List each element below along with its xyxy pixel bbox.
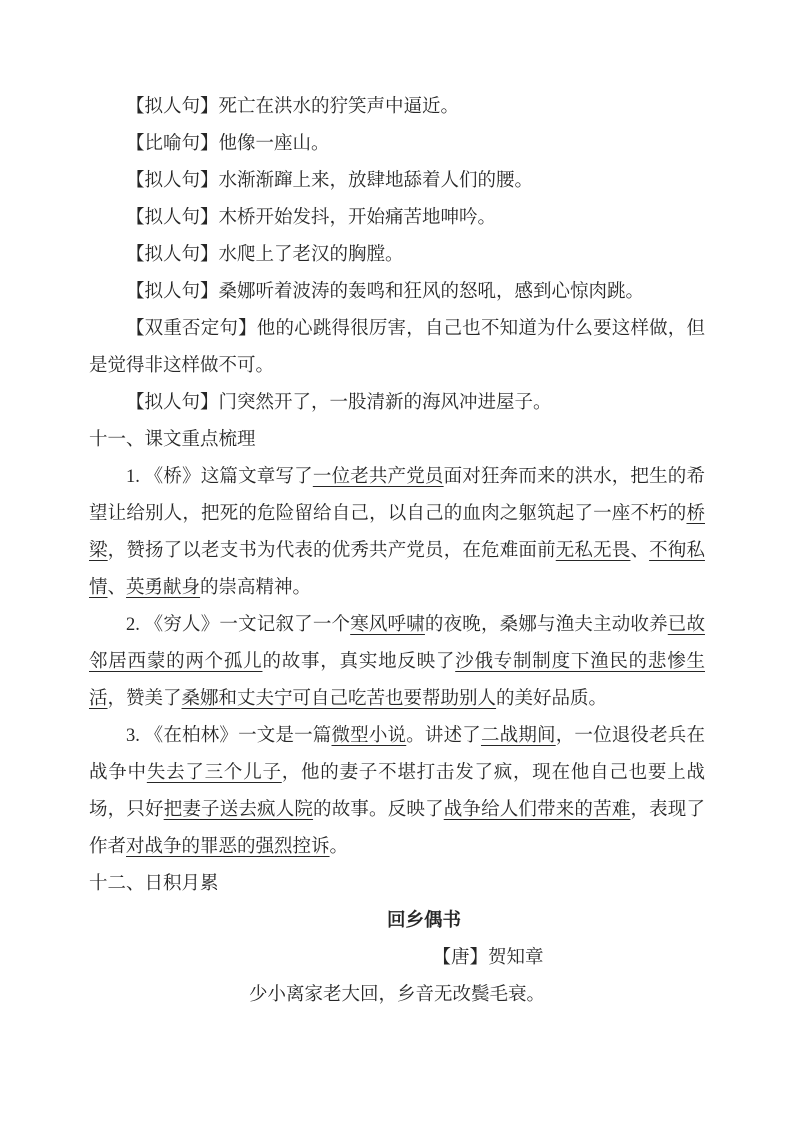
document-page: 【拟人句】死亡在洪水的狞笑声中逼近。 【比喻句】他像一座山。 【拟人句】水渐渐蹿… [0,0,793,1122]
poem-title: 回乡偶书 [116,903,732,940]
poem-author: 【唐】贺知章 [180,940,793,977]
example-sentence: 【拟人句】桑娜听着波涛的轰鸣和狂风的怒吼，感到心惊肉跳。 [89,274,705,311]
underlined-phrase: 战争给人们带来的苦难 [444,800,631,820]
example-sentence: 【拟人句】水爬上了老汉的胸膛。 [89,237,705,274]
text-run: 的崇高精神。 [200,578,311,598]
sentence-examples-section: 【拟人句】死亡在洪水的狞笑声中逼近。 【比喻句】他像一座山。 【拟人句】水渐渐蹿… [89,89,705,422]
text-run: 2. 《穷人》一文记叙了一个 [126,615,350,635]
section-12-accumulation: 十二、日积月累 回乡偶书 【唐】贺知章 少小离家老大回，乡音无改鬓毛衰。 [89,866,705,1014]
text-run: 1. 《桥》这篇文章写了 [126,467,313,487]
text-run: 、 [108,578,127,598]
underlined-phrase: 无私无畏 [556,541,631,561]
example-sentence: 【拟人句】水渐渐蹿上来，放肆地舔着人们的腰。 [89,163,705,200]
text-run: 的故事，真实地反映了 [262,652,455,672]
example-sentence: 【拟人句】木桥开始发抖，开始痛苦地呻吟。 [89,200,705,237]
text-run: 的夜晚，桑娜与渔夫主动收养 [425,615,668,635]
section-12-heading: 十二、日积月累 [89,866,705,903]
example-sentence: 【比喻句】他像一座山。 [89,126,705,163]
summary-paragraph-qiongren: 2. 《穷人》一文记叙了一个寒风呼啸的夜晚，桑娜与渔夫主动收养已故邻居西蒙的两个… [89,607,705,718]
example-sentence: 【双重否定句】他的心跳得很厉害，自己也不知道为什么要这样做，但是觉得非这样做不可… [89,311,705,385]
underlined-phrase: 桑娜和丈夫宁可自己吃苦也要帮助别人 [182,689,497,709]
section-11-heading: 十一、课文重点梳理 [89,422,705,459]
example-sentence: 【拟人句】死亡在洪水的狞笑声中逼近。 [89,89,705,126]
text-run: 的美好品质。 [496,689,607,709]
text-run: 3. 《在柏林》一文是一篇 [126,726,332,746]
text-run: 。讲述了 [406,726,481,746]
text-run: ，赞美了 [108,689,182,709]
underlined-phrase: 对战争的罪恶的强烈控诉 [126,837,330,857]
underlined-phrase: 一位老共产党员 [313,467,444,487]
underlined-phrase: 微型小说 [332,726,407,746]
poem: 回乡偶书 【唐】贺知章 少小离家老大回，乡音无改鬓毛衰。 [89,903,705,1014]
text-run: 。 [330,837,349,857]
summary-paragraph-qiao: 1. 《桥》这篇文章写了一位老共产党员面对狂奔而来的洪水，把生的希望让给别人，把… [89,459,705,607]
example-sentence: 【拟人句】门突然开了，一股清新的海风冲进屋子。 [89,385,705,422]
summary-paragraph-zaibolin: 3. 《在柏林》一文是一篇微型小说。讲述了二战期间，一位退役老兵在战争中失去了三… [89,718,705,866]
underlined-phrase: 把妻子送去疯人院 [164,800,313,820]
underlined-phrase: 英勇献身 [126,578,200,598]
text-run: 的故事。反映了 [313,800,444,820]
section-11-key-points: 十一、课文重点梳理 1. 《桥》这篇文章写了一位老共产党员面对狂奔而来的洪水，把… [89,422,705,866]
text-run: 、 [630,541,649,561]
poem-line: 少小离家老大回，乡音无改鬓毛衰。 [89,977,705,1014]
underlined-phrase: 失去了三个儿子 [147,763,282,783]
underlined-phrase: 二战期间 [481,726,556,746]
underlined-phrase: 寒风呼啸 [350,615,425,635]
text-run: ，赞扬了以老支书为代表的优秀共产党员，在危难面前 [108,541,556,561]
